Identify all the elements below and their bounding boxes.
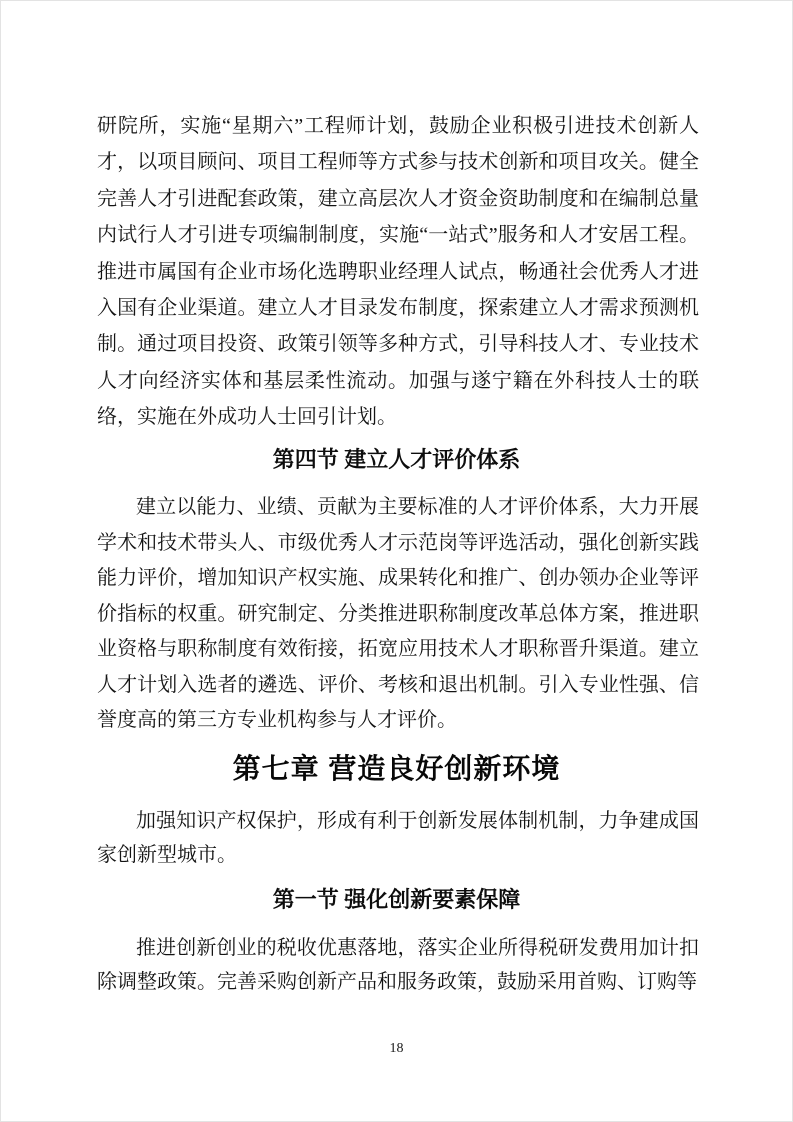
chapter-heading-7-innovation-environment: 第七章 营造良好创新环境 (1, 752, 792, 786)
paragraph-talent-recruitment: 研院所，实施“星期六”工程师计划，鼓励企业积极引进技术创新人才，以项目顾问、项目… (97, 108, 699, 436)
paragraph-tax-incentives: 推进创新创业的税收优惠落地，落实企业所得税研发费用加计扣除调整政策。完善采购创新… (97, 931, 699, 999)
section-heading-4-talent-evaluation: 第四节 建立人才评价体系 (1, 445, 792, 475)
page-number: 18 (1, 1040, 792, 1058)
document-page: 研院所，实施“星期六”工程师计划，鼓励企业积极引进技术创新人才，以项目顾问、项目… (0, 0, 793, 1122)
paragraph-talent-evaluation-system: 建立以能力、业绩、贡献为主要标准的人才评价体系，大力开展学术和技术带头人、市级优… (97, 490, 699, 739)
paragraph-ip-protection: 加强知识产权保护，形成有利于创新发展体制机制，力争建成国家创新型城市。 (97, 805, 699, 872)
section-heading-1-innovation-support: 第一节 强化创新要素保障 (1, 885, 792, 915)
